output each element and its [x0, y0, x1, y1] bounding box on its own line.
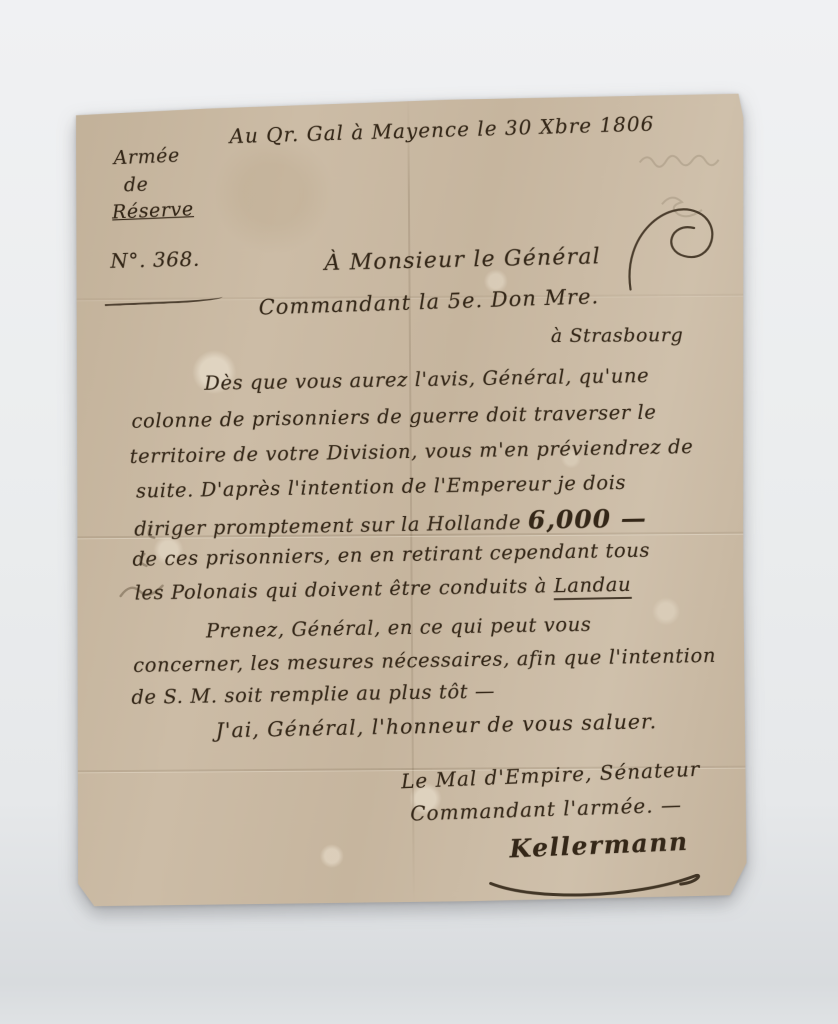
body-p1-line5: diriger promptement sur la Hollande 6,00… [134, 504, 647, 542]
dateline: Au Qr. Gal à Mayence le 30 Xbre 1806 [229, 111, 655, 148]
body-p1-line2: colonne de prisonniers de guerre doit tr… [131, 401, 656, 433]
paper-sheet-wrapper: Armée de Réserve N°. 368. Au Qr. Gal à M… [71, 94, 749, 907]
letter-photograph: Armée de Réserve N°. 368. Au Qr. Gal à M… [0, 0, 838, 1024]
body-p1-line7: les Polonais qui doivent être conduits à… [134, 573, 631, 605]
body-p1-line6: de ces prisonniers, en en retirant cepen… [132, 539, 650, 571]
address-line3: à Strasbourg [551, 324, 684, 347]
address-line1: À Monsieur le Général [324, 244, 601, 276]
body-p2-line1: Prenez, Général, en ce qui peut vous [206, 613, 592, 643]
address-line2: Commandant la 5e. Don Mre. [258, 284, 599, 319]
calligraphic-flourish [612, 194, 733, 305]
body-p2-line2: concerner, les mesures nécessaires, afin… [133, 644, 716, 677]
body-p1-line1: Dès que vous aurez l'avis, Général, qu'u… [204, 364, 649, 395]
margin-note-line1: Armée [113, 142, 180, 172]
margin-note-line2: de [123, 171, 149, 199]
body-p2-line3: de S. M. soit remplie au plus tôt — [131, 680, 495, 709]
body-p1-line4: suite. D'après l'intention de l'Empereur… [136, 471, 627, 503]
number-underline-flourish [104, 293, 222, 306]
body-p1-line3: territoire de votre Division, vous m'en … [130, 435, 694, 468]
signature-name: Kellermann [509, 827, 689, 863]
letter-number: N°. 368. [110, 247, 200, 273]
faint-pencil-marks [632, 144, 753, 235]
signature-flourish [485, 866, 715, 904]
landau-underlined: Landau [554, 573, 632, 600]
margin-note-line3: Réserve [111, 196, 194, 226]
letter-paper: Armée de Réserve N°. 368. Au Qr. Gal à M… [71, 94, 749, 907]
signature-title-line2: Commandant l'armée. — [410, 793, 682, 826]
signature-title-line1: Le Mal d'Empire, Sénateur [400, 757, 700, 794]
body-p1-line5-text: diriger promptement sur la Hollande [134, 511, 528, 541]
closing-salutation: J'ai, Général, l'honneur de vous saluer. [215, 709, 657, 742]
prisoner-count: 6,000 — [528, 504, 647, 535]
body-p1-line7-text: les Polonais qui doivent être conduits à [134, 574, 553, 604]
